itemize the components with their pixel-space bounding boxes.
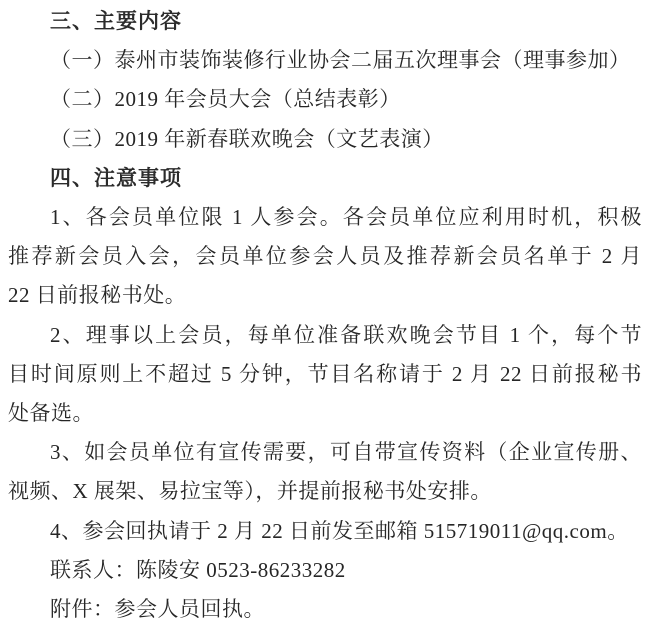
note-2-line-3: 处备选。 [8,394,642,433]
note-4-line-1: 4、参会回执请于 2 月 22 日前发至邮箱 515719011@qq.com。 [8,512,642,551]
note-2-line-1: 2、理事以上会员，每单位准备联欢晚会节目 1 个，每个节 [8,316,642,355]
note-3-line-2: 视频、X 展架、易拉宝等），并提前报秘书处安排。 [8,472,642,511]
item-3-line-1: （三）2019 年新春联欢晚会（文艺表演） [8,120,642,159]
section-heading-3: 三、主要内容 [8,2,642,41]
contact-line-line-1: 联系人：陈陵安 0523-86233282 [8,551,642,590]
item-2-line-1: （二）2019 年会员大会（总结表彰） [8,80,642,119]
note-3-line-1: 3、如会员单位有宣传需要，可自带宣传资料（企业宣传册、 [8,433,642,472]
document-body: 三、主要内容（一）泰州市装饰装修行业协会二届五次理事会（理事参加）（二）2019… [8,2,642,629]
item-1-line-1: （一）泰州市装饰装修行业协会二届五次理事会（理事参加） [8,41,642,80]
note-1-line-3: 22 日前报秘书处。 [8,276,642,315]
document-page: 三、主要内容（一）泰州市装饰装修行业协会二届五次理事会（理事参加）（二）2019… [0,0,647,629]
section-heading-4: 四、注意事项 [8,159,642,198]
attachment-line-line-1: 附件：参会人员回执。 [8,590,642,629]
note-1-line-2: 推荐新会员入会，会员单位参会人员及推荐新会员名单于 2 月 [8,237,642,276]
note-2-line-2: 目时间原则上不超过 5 分钟，节目名称请于 2 月 22 日前报秘书 [8,355,642,394]
note-1-line-1: 1、各会员单位限 1 人参会。各会员单位应利用时机，积极 [8,198,642,237]
